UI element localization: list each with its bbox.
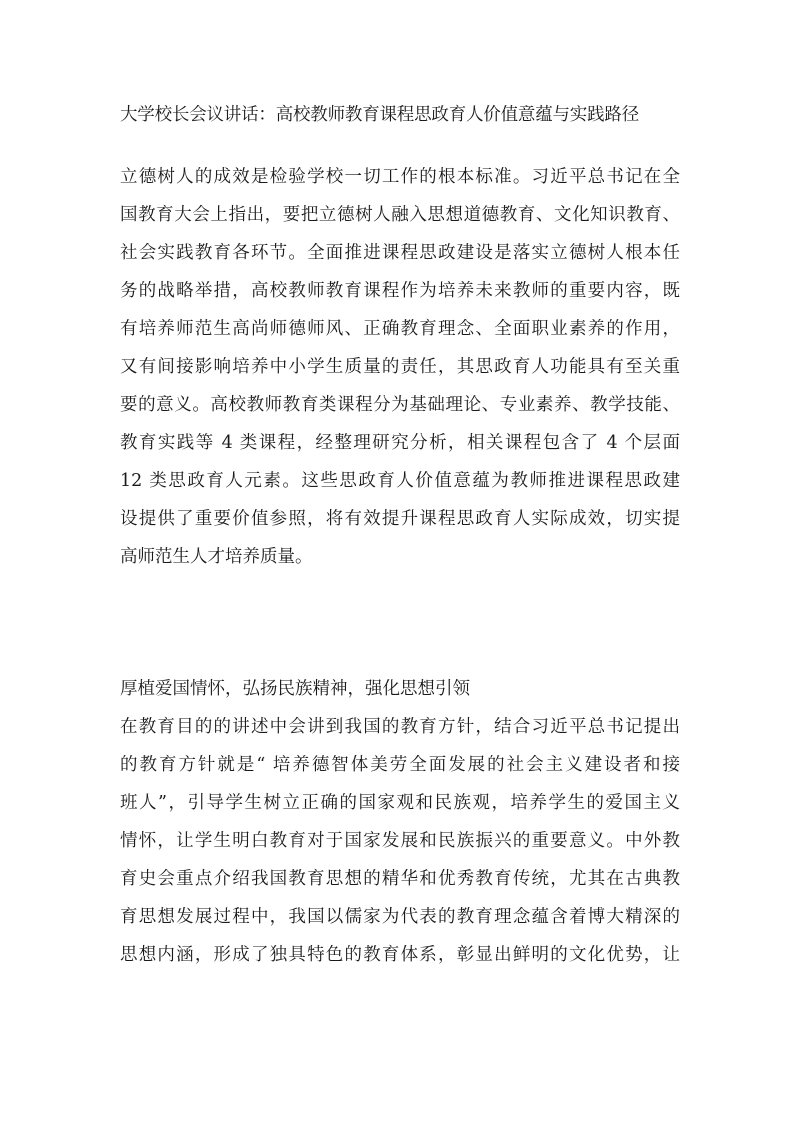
paragraph-line: 育思想发展过程中，我国以儒家为代表的教育理念蕴含着博大精深的 (120, 898, 680, 936)
paragraph-line: 情怀，让学生明白教育对于国家发展和民族振兴的重要意义。中外教 (120, 822, 680, 860)
paragraph-line: 育史会重点介绍我国教育思想的精华和优秀教育传统，尤其在古典教 (120, 860, 680, 898)
document-title: 大学校长会议讲话：高校教师教育课程思政育人价值意蕴与实践路径 (120, 103, 690, 127)
paragraph-line: 思想内涵，形成了独具特色的教育体系，彰显出鲜明的文化优势，让 (120, 936, 680, 974)
paragraph-line: 有培养师范生高尚师德师风、正确教育理念、全面职业素养的作用， (120, 310, 680, 348)
paragraph-line: 在教育目的的讲述中会讲到我国的教育方针，结合习近平总书记提出 (120, 708, 680, 746)
paragraph-line: 12 类思政育人元素。这些思政育人价值意蕴为教师推进课程思政建 (120, 462, 680, 500)
paragraph-line: 教育实践等 4 类课程，经整理研究分析，相关课程包含了 4 个层面 (120, 424, 680, 462)
paragraph-line: 高师范生人才培养质量。 (120, 538, 680, 576)
paragraph-line: 社会实践教育各环节。全面推进课程思政建设是落实立德树人根本任 (120, 234, 680, 272)
section-heading: 厚植爱国情怀，弘扬民族精神，强化思想引领 (120, 670, 680, 708)
paragraph-line: 要的意义。高校教师教育类课程分为基础理论、专业素养、教学技能、 (120, 386, 680, 424)
paragraph-line: 班人”，引导学生树立正确的国家观和民族观，培养学生的爱国主义 (120, 784, 680, 822)
paragraph-line: 国教育大会上指出，要把立德树人融入思想道德教育、文化知识教育、 (120, 196, 680, 234)
section-paragraph: 在教育目的的讲述中会讲到我国的教育方针，结合习近平总书记提出 的教育方针就是“ … (120, 708, 680, 974)
paragraph-line: 的教育方针就是“ 培养德智体美劳全面发展的社会主义建设者和接 (120, 746, 680, 784)
paragraph-line: 务的战略举措，高校教师教育课程作为培养未来教师的重要内容，既 (120, 272, 680, 310)
paragraph-line: 立德树人的成效是检验学校一切工作的根本标准。习近平总书记在全 (120, 158, 680, 196)
paragraph-line: 设提供了重要价值参照，将有效提升课程思政育人实际成效，切实提 (120, 500, 680, 538)
paragraph-line: 又有间接影响培养中小学生质量的责任，其思政育人功能具有至关重 (120, 348, 680, 386)
intro-paragraph: 立德树人的成效是检验学校一切工作的根本标准。习近平总书记在全 国教育大会上指出，… (120, 158, 680, 576)
section-heading-text: 厚植爱国情怀，弘扬民族精神，强化思想引领 (120, 670, 680, 708)
